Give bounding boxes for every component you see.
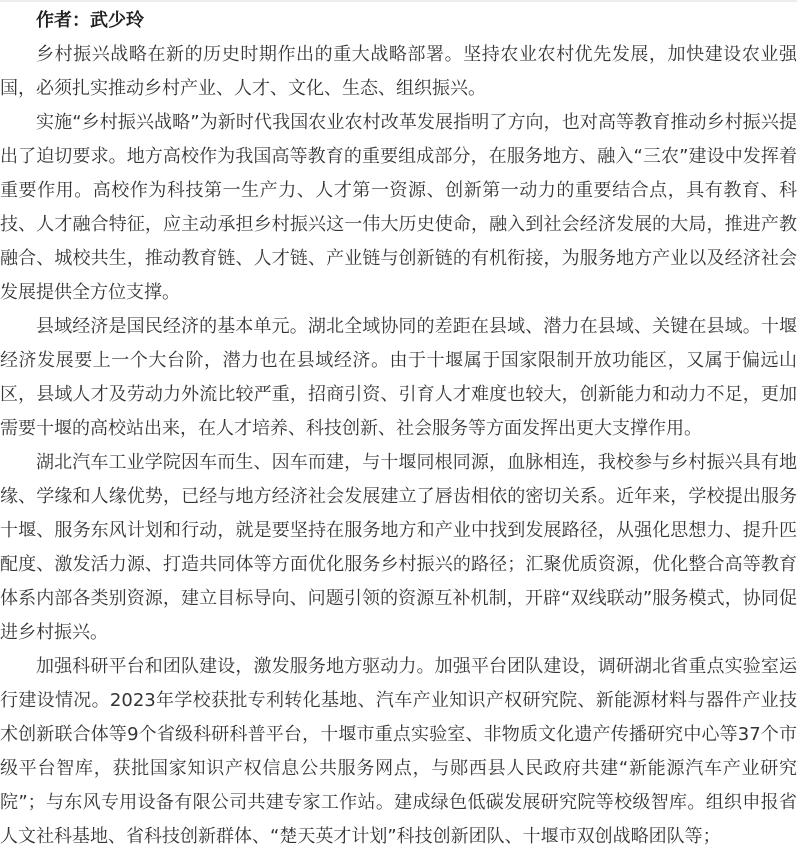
paragraph-research-platforms: 加强科研平台和团队建设，激发服务地方驱动力。加强平台团队建设，调研湖北省重点实验… <box>0 650 797 854</box>
paragraph-county-economy: 县域经济是国民经济的基本单元。湖北全域协同的差距在县域、潜力在县域、关键在县域。… <box>0 310 797 446</box>
paragraph-university-service-path: 湖北汽车工业学院因车而生、因车而建，与十堰同根同源，血脉相连，我校参与乡村振兴具… <box>0 446 797 650</box>
paragraph-higher-education-role: 实施“乡村振兴战略”为新时代我国农业农村改革发展指明了方向，也对高等教育推动乡村… <box>0 106 797 310</box>
paragraph-strategy-overview: 乡村振兴战略在新的历史时期作出的重大战略部署。坚持农业农村优先发展，加快建设农业… <box>0 38 797 106</box>
author-line: 作者：武少玲 <box>0 4 797 38</box>
article-page: 作者：武少玲 乡村振兴战略在新的历史时期作出的重大战略部署。坚持农业农村优先发展… <box>0 0 797 854</box>
